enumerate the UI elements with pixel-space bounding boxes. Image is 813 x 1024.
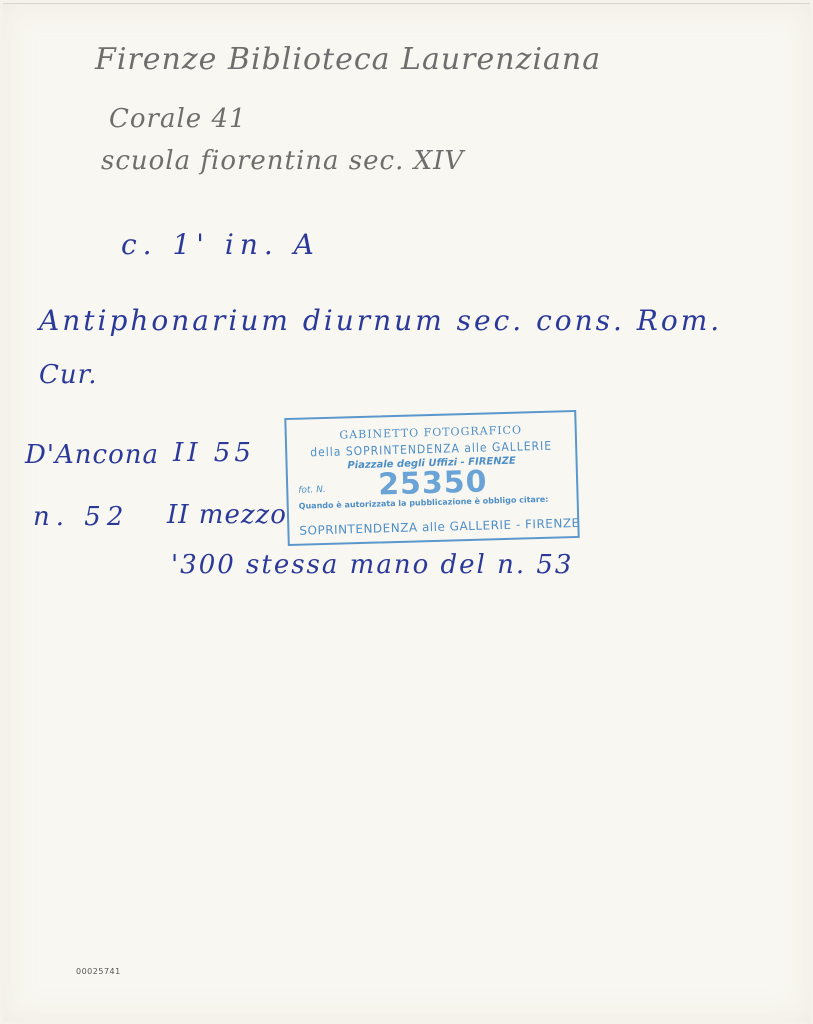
ink-note-same-hand: '300 stessa mano del n. 53 — [171, 550, 573, 580]
stamp-footer: SOPRINTENDENZA alle GALLERIE - FIRENZE — [299, 516, 580, 538]
archive-id: 00025741 — [76, 967, 121, 976]
pencil-note-school: scuola fiorentina sec. XIV — [101, 146, 464, 176]
photo-verso-sheet: Firenze Biblioteca Laurenziana Corale 41… — [3, 3, 810, 1022]
pencil-note-location: Firenze Biblioteca Laurenziana — [95, 42, 601, 77]
stamp-fot-label: fot. N. — [298, 485, 326, 496]
pencil-note-corale: Corale 41 — [109, 104, 247, 134]
ink-note-number: n. 52 — [33, 502, 129, 532]
archive-stamp: GABINETTO FOTOGRAFICO della SOPRINTENDEN… — [284, 410, 579, 546]
ink-note-description-2: Cur. — [39, 360, 97, 390]
ink-note-description-1: Antiphonarium diurnum sec. cons. Rom. — [39, 304, 722, 337]
ink-note-half: II mezzo — [167, 500, 287, 530]
ink-note-reference-author: D'Ancona — [25, 440, 159, 470]
ink-note-reference-volume: II 55 — [173, 438, 255, 468]
ink-note-folio: c. 1' in. A — [121, 228, 320, 261]
